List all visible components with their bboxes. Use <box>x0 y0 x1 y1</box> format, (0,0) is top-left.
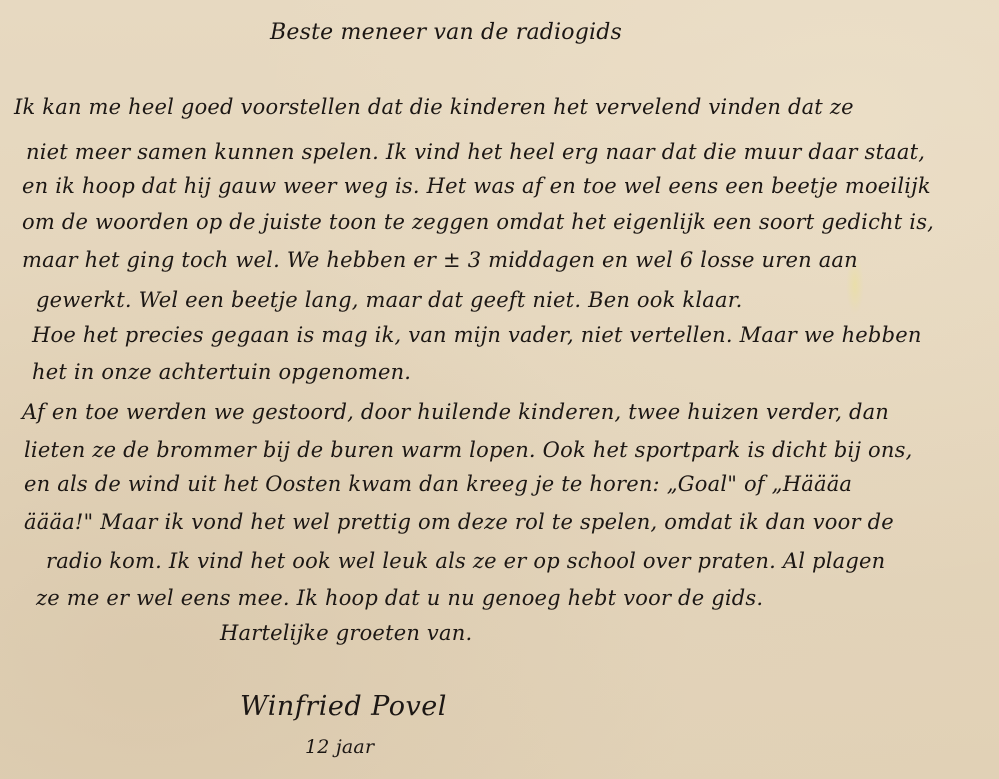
letter-line: het in onze achtertuin opgenomen. <box>32 362 411 383</box>
letter-line: ze me er wel eens mee. Ik hoop dat u nu … <box>36 588 763 609</box>
letter-line: radio kom. Ik vind het ook wel leuk als … <box>46 551 885 572</box>
signer-age: 12 jaar <box>305 738 374 757</box>
letter-line: äääa!" Maar ik vond het wel prettig om d… <box>24 512 894 533</box>
letter-line: en ik hoop dat hij gauw weer weg is. Het… <box>22 176 931 197</box>
letter-line: en als de wind uit het Oosten kwam dan k… <box>24 474 852 495</box>
letter-line: lieten ze de brommer bij de buren warm l… <box>24 440 912 461</box>
letter-line: gewerkt. Wel een beetje lang, maar dat g… <box>36 290 743 311</box>
letter-line: niet meer samen kunnen spelen. Ik vind h… <box>26 142 925 163</box>
letter-signature: Winfried Povel <box>240 693 447 720</box>
letter-salutation: Beste meneer van de radiogids <box>270 22 622 44</box>
letter-line: om de woorden op de juiste toon te zegge… <box>22 212 934 233</box>
letter-line: maar het ging toch wel. We hebben er ± 3… <box>22 250 858 271</box>
letter-closing: Hartelijke groeten van. <box>220 623 472 644</box>
letter-line: Hoe het precies gegaan is mag ik, van mi… <box>32 325 922 346</box>
letter-page: Beste meneer van de radiogids Ik kan me … <box>0 0 999 779</box>
letter-line: Ik kan me heel goed voorstellen dat die … <box>14 97 854 118</box>
letter-line: Af en toe werden we gestoord, door huile… <box>22 402 889 423</box>
